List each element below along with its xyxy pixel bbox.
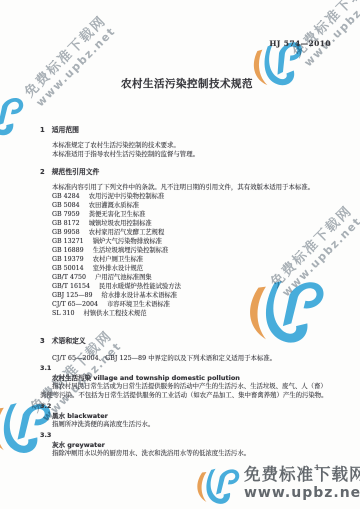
reference-item: GB 9958农村家用沼气发酵工艺规程	[52, 228, 352, 237]
reference-item: GB 7959粪便无害化卫生标准	[52, 210, 352, 219]
reference-code: GB/T 16154	[52, 283, 90, 290]
term-definition-line: 指除冲厕用水以外的厨房用水、洗衣和洗浴用水等的低浓度生活污水。	[40, 449, 360, 458]
reference-item: SL 310村镇供水工程技术规范	[52, 309, 352, 318]
term-definition-line: 指厕所冲洗粪便的高浓度生活污水。	[40, 420, 360, 429]
term-3-2: 黑水 blackwater	[52, 411, 108, 420]
reference-code: GB 4284	[52, 193, 80, 200]
reference-code: GB/T 4750	[52, 274, 86, 281]
reference-code: GB 19379	[52, 256, 84, 263]
reference-code: GB 8172	[52, 220, 80, 227]
reference-title: 城镇垃圾农用控制标准	[89, 220, 152, 227]
reference-item: GB/T 16154民用水暖煤炉热性能试验方法	[52, 282, 352, 291]
reference-code: GB 16889	[52, 247, 84, 254]
term-definition-line: 粪便等污染。不包括为日常生活提供服务的工业活动（如农产品加工、集中畜禽养殖）产生…	[40, 391, 352, 400]
section-title: 适用范围	[52, 126, 79, 134]
upbz-logo-icon	[188, 465, 242, 509]
reference-title: 户用沼气池标准图集	[95, 274, 152, 281]
section-2-heading: 2规范性引用文件	[40, 166, 99, 176]
reference-title: 农村家用沼气发酵工艺规程	[89, 229, 165, 236]
reference-item: GBJ 125—89给水排水设计基本术语标准	[52, 291, 352, 300]
reference-code: GB 5084	[52, 202, 80, 209]
reference-code: GB 9958	[52, 229, 80, 236]
reference-title: 农用污泥中污染物控制标准	[89, 193, 165, 200]
reference-code: SL 310	[52, 310, 75, 317]
document-page: 免费标准下载网 www.upbz.net 免费标准下载网 www.upbz.ne…	[0, 0, 360, 509]
term-en: blackwater	[67, 412, 108, 420]
reference-item: GB 5084农田灌溉水质标准	[52, 201, 352, 210]
reference-item: GB 50014室外排水设计规范	[52, 264, 352, 273]
footer-brand-text: 免费标准下载网 www.upbz.net	[244, 465, 360, 501]
term-zh: 黑水	[52, 412, 65, 420]
reference-code: CJ/T 65—2004	[52, 301, 98, 308]
reference-item: GB/T 4750户用沼气池标准图集	[52, 273, 352, 282]
watermark-site-url: www.upbz.net	[15, 6, 137, 128]
reference-code: GB 50014	[52, 265, 84, 272]
paragraph: 本标准内容引用了下列文件中的条款。凡不注明日期的引用文件，其有效版本适用于本标准…	[40, 183, 360, 192]
section-number: 1	[40, 126, 45, 134]
reference-title: 室外排水设计规范	[93, 265, 143, 272]
reference-list: GB 4284农用污泥中污染物控制标准 GB 5084农田灌溉水质标准 GB 7…	[52, 192, 352, 318]
reference-title: 给水排水设计基本术语标准	[102, 292, 178, 299]
document-title: 农村生活污染控制技术规范	[0, 76, 360, 91]
reference-item: GB 8172城镇垃圾农用控制标准	[52, 219, 352, 228]
section-title: 规范性引用文件	[52, 168, 100, 176]
standard-number: HJ 574—2010	[269, 39, 331, 48]
reference-title: 村镇供水工程技术规范	[84, 310, 147, 317]
term-3-3: 灰水 greywater	[52, 440, 105, 449]
term-definition-line: 指农村居民日常生活或为日常生活提供服务的活动中产生的生活污水、生活垃圾、废气、人…	[40, 382, 360, 391]
upbz-logo-icon	[0, 92, 26, 142]
reference-code: GBJ 125—89	[52, 292, 93, 299]
paragraph: 本标准规定了农村生活污染控制的技术要求。	[40, 141, 360, 150]
reference-title: 生活垃圾填埋污染控制标准	[93, 247, 169, 254]
clause-number-3-1: 3.1	[40, 364, 51, 372]
reference-code: GB 7959	[52, 211, 80, 218]
reference-title: 民用水暖煤炉热性能试验方法	[99, 283, 181, 290]
footer-brand: 免费标准下载网 www.upbz.net	[188, 465, 360, 509]
clause-number-3-2: 3.2	[40, 402, 51, 410]
watermark-text-top-left: 免费标准下载网 www.upbz.net	[4, 0, 140, 131]
section-3-heading: 3术语和定义	[40, 335, 86, 345]
clause-number-3-3: 3.3	[40, 431, 51, 439]
term-en: village and township domestic pollution	[93, 374, 240, 382]
reference-title: 粪便无害化卫生标准	[89, 211, 146, 218]
term-zh: 农村生活污染	[52, 374, 91, 382]
reference-item: GB 13271锅炉大气污染物排放标准	[52, 237, 352, 246]
reference-title: 农村户厕卫生标准	[93, 256, 143, 263]
reference-title: 锅炉大气污染物排放标准	[93, 238, 162, 245]
watermark-site-name: 免费标准下载网	[4, 0, 128, 119]
section-1-heading: 1适用范围	[40, 124, 79, 134]
reference-item: GB 4284农用污泥中污染物控制标准	[52, 192, 352, 201]
reference-item: CJ/T 65—2004市容环境卫生术语标准	[52, 300, 352, 309]
footer-site-name: 免费标准下载网	[244, 465, 360, 485]
reference-title: 农田灌溉水质标准	[89, 202, 139, 209]
reference-item: GB 16889生活垃圾填埋污染控制标准	[52, 246, 352, 255]
term-zh: 灰水	[52, 441, 65, 449]
paragraph: 本标准适用于指导农村生活污染控制的监督与管理。	[40, 150, 360, 159]
reference-code: GB 13271	[52, 238, 84, 245]
section-title: 术语和定义	[52, 337, 86, 345]
paragraph: CJ/T 65—2004、GBJ 125—89 中界定的以及下列术语和定义适用于…	[40, 354, 360, 363]
term-3-1: 农村生活污染 village and township domestic pol…	[52, 373, 240, 382]
section-number: 2	[40, 168, 45, 176]
reference-title: 市容环境卫生术语标准	[107, 301, 170, 308]
footer-site-url: www.upbz.net	[244, 485, 360, 501]
term-en: greywater	[67, 441, 105, 449]
reference-item: GB 19379农村户厕卫生标准	[52, 255, 352, 264]
section-number: 3	[40, 337, 45, 345]
